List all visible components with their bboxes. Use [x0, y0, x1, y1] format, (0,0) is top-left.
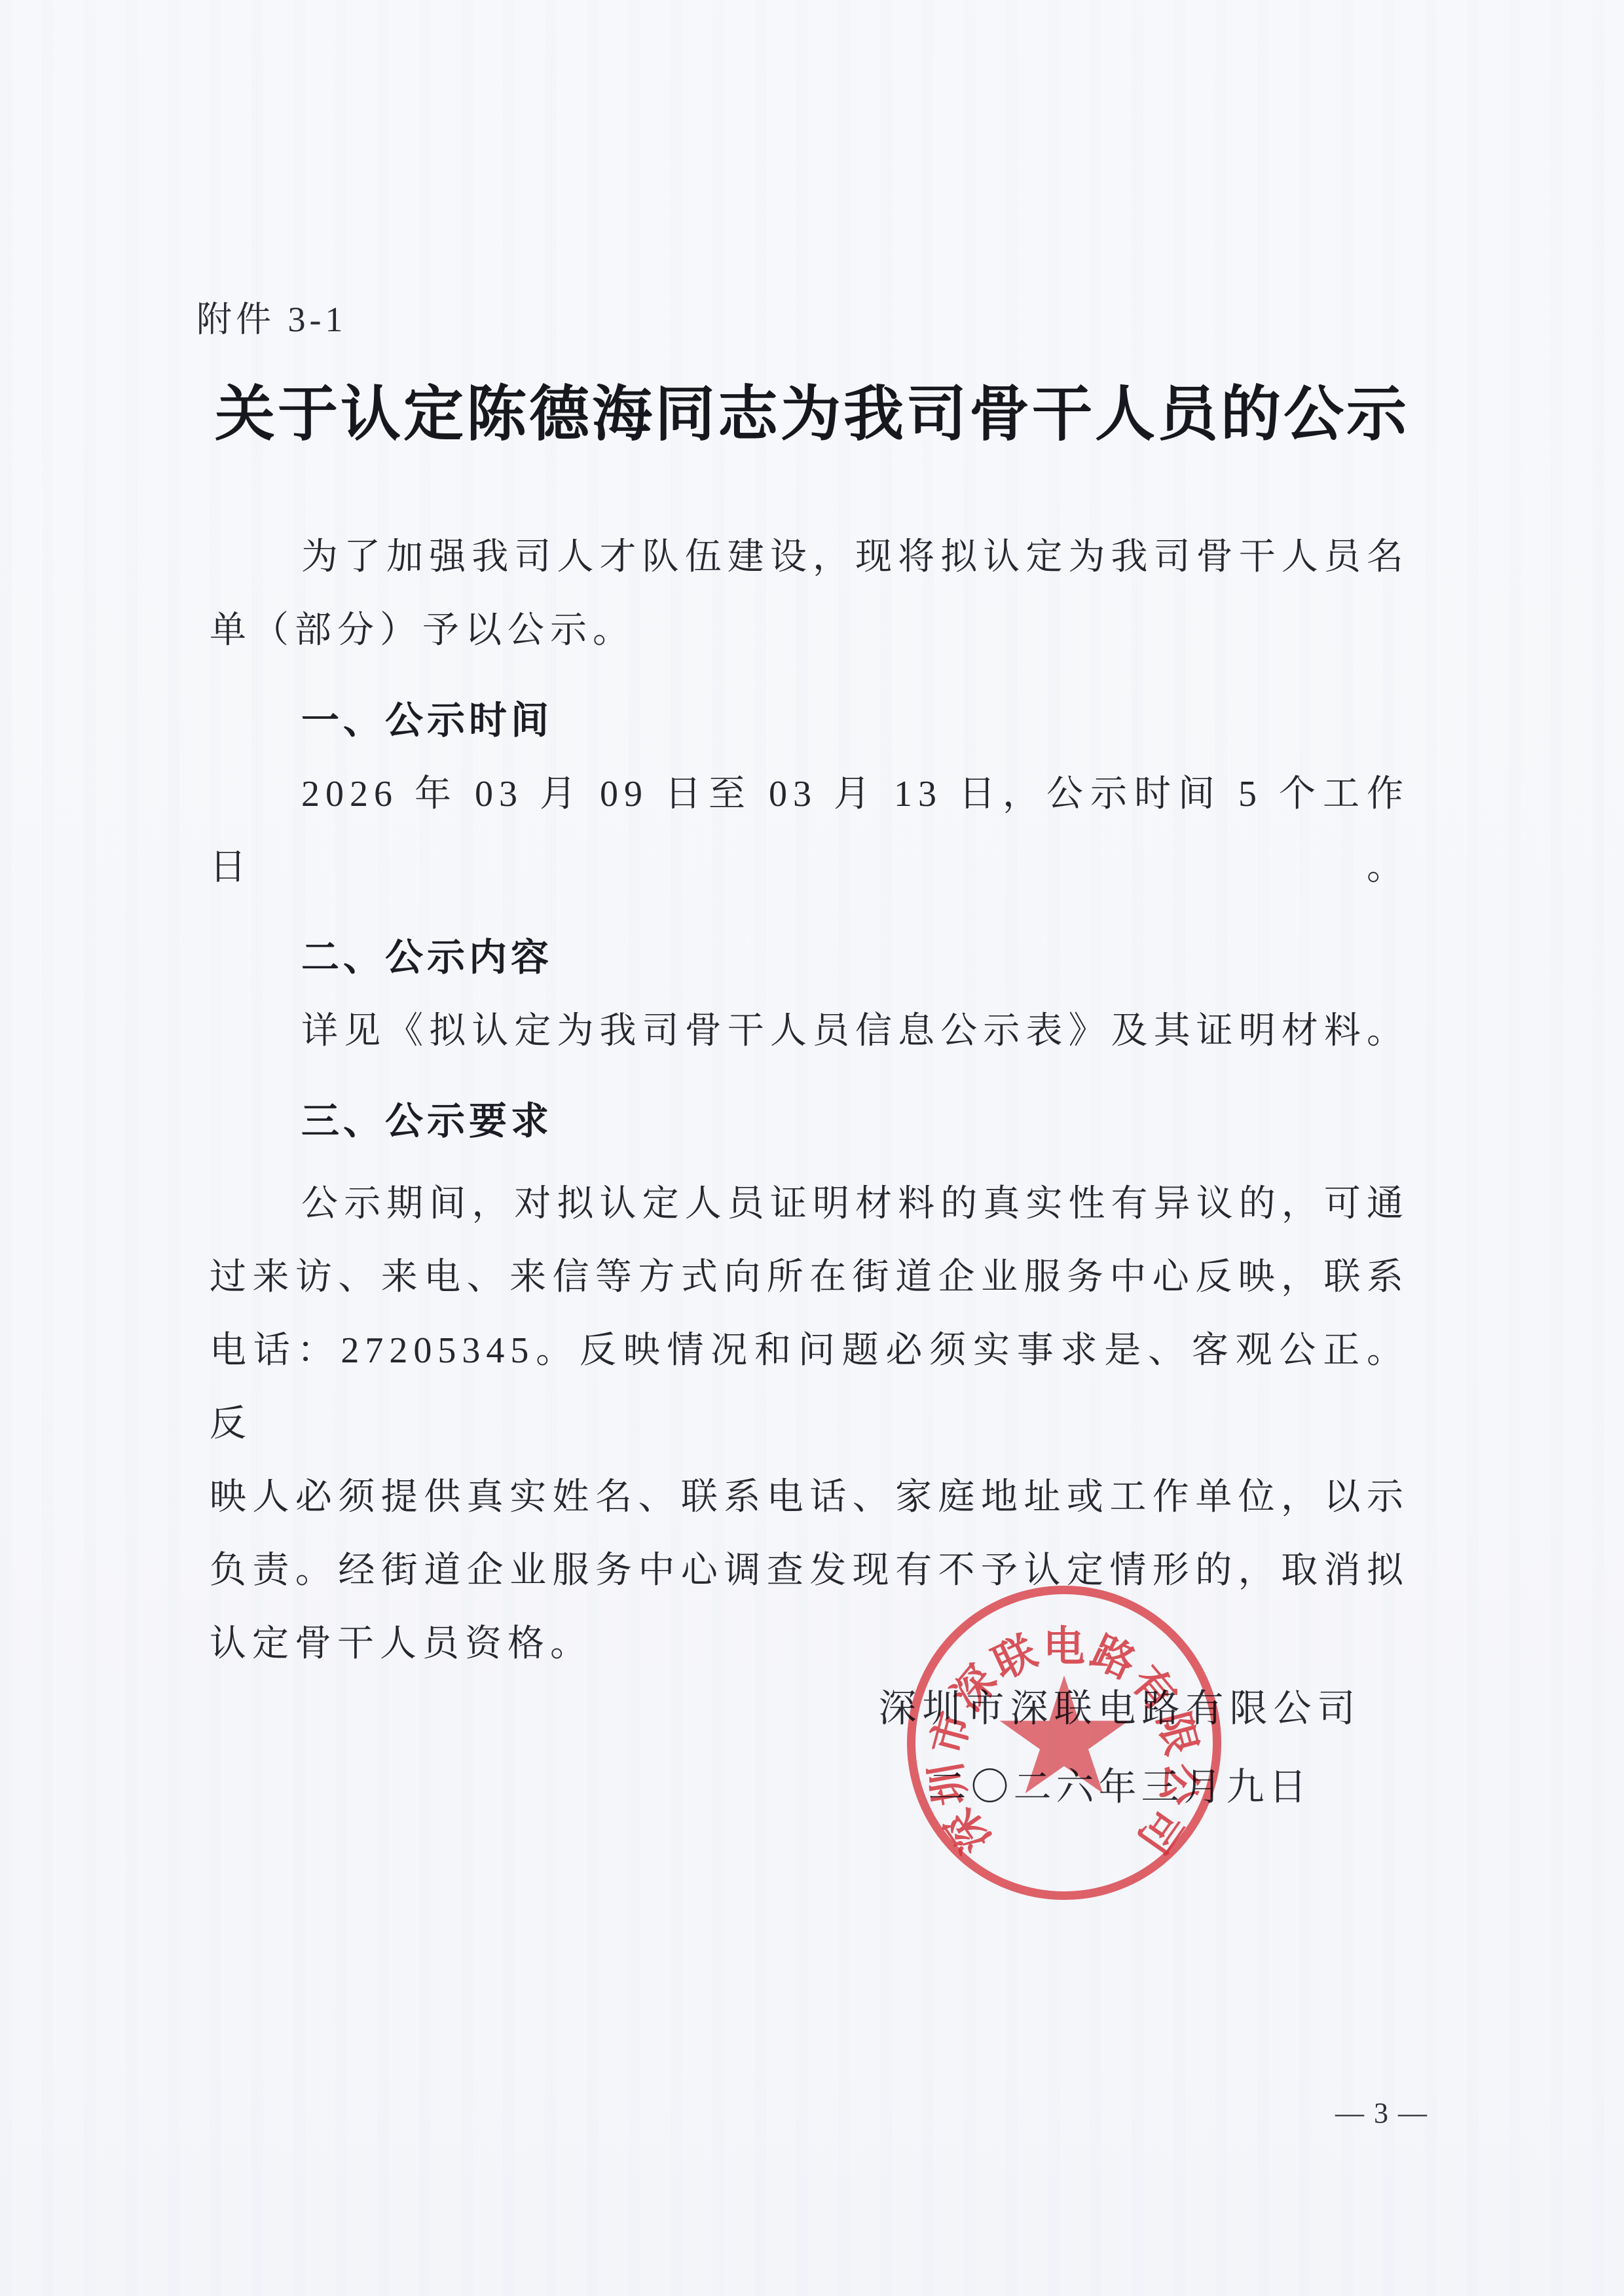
section-3-line: 负责。经街道企业服务中心调查发现有不予认定情形的，取消拟: [210, 1534, 1409, 1607]
document-title: 关于认定陈德海同志为我司骨干人员的公示: [0, 372, 1624, 457]
intro-line: 单（部分）予以公示。: [210, 594, 1409, 667]
section-1-line: 2026 年 03 月 09 日至 03 月 13 日，公示时间 5 个工作日。: [210, 757, 1409, 904]
section-3-line: 公示期间，对拟认定人员证明材料的真实性有异议的，可通: [210, 1167, 1409, 1241]
document-page: 附件 3-1 关于认定陈德海同志为我司骨干人员的公示 为了加强我司人才队伍建设，…: [0, 0, 1624, 2296]
attachment-label: 附件 3-1: [196, 293, 346, 346]
signature-date: 二〇二六年三月九日: [871, 1748, 1369, 1827]
section-3-line: 映人必须提供真实姓名、联系电话、家庭地址或工作单位，以示: [210, 1461, 1409, 1534]
section-3-line: 过来访、来电、来信等方式向所在街道企业服务中心反映，联系: [210, 1241, 1409, 1314]
section-3-line: 电话：27205345。反映情况和问题必须实事求是、客观公正。反: [210, 1314, 1409, 1461]
section-heading-2: 二、公示内容: [210, 921, 1409, 994]
document-body: 为了加强我司人才队伍建设，现将拟认定为我司骨干人员名 单（部分）予以公示。 一、…: [210, 520, 1409, 1681]
intro-line: 为了加强我司人才队伍建设，现将拟认定为我司骨干人员名: [210, 520, 1409, 594]
page-number: — 3 —: [1323, 2094, 1441, 2133]
signature-block: 深圳市深联电路有限公司 二〇二六年三月九日: [871, 1669, 1369, 1827]
company-name: 深圳市深联电路有限公司: [871, 1669, 1369, 1748]
section-heading-3: 三、公示要求: [210, 1085, 1409, 1158]
section-heading-1: 一、公示时间: [210, 684, 1409, 757]
section-2-line: 详见《拟认定为我司骨干人员信息公示表》及其证明材料。: [210, 994, 1409, 1068]
